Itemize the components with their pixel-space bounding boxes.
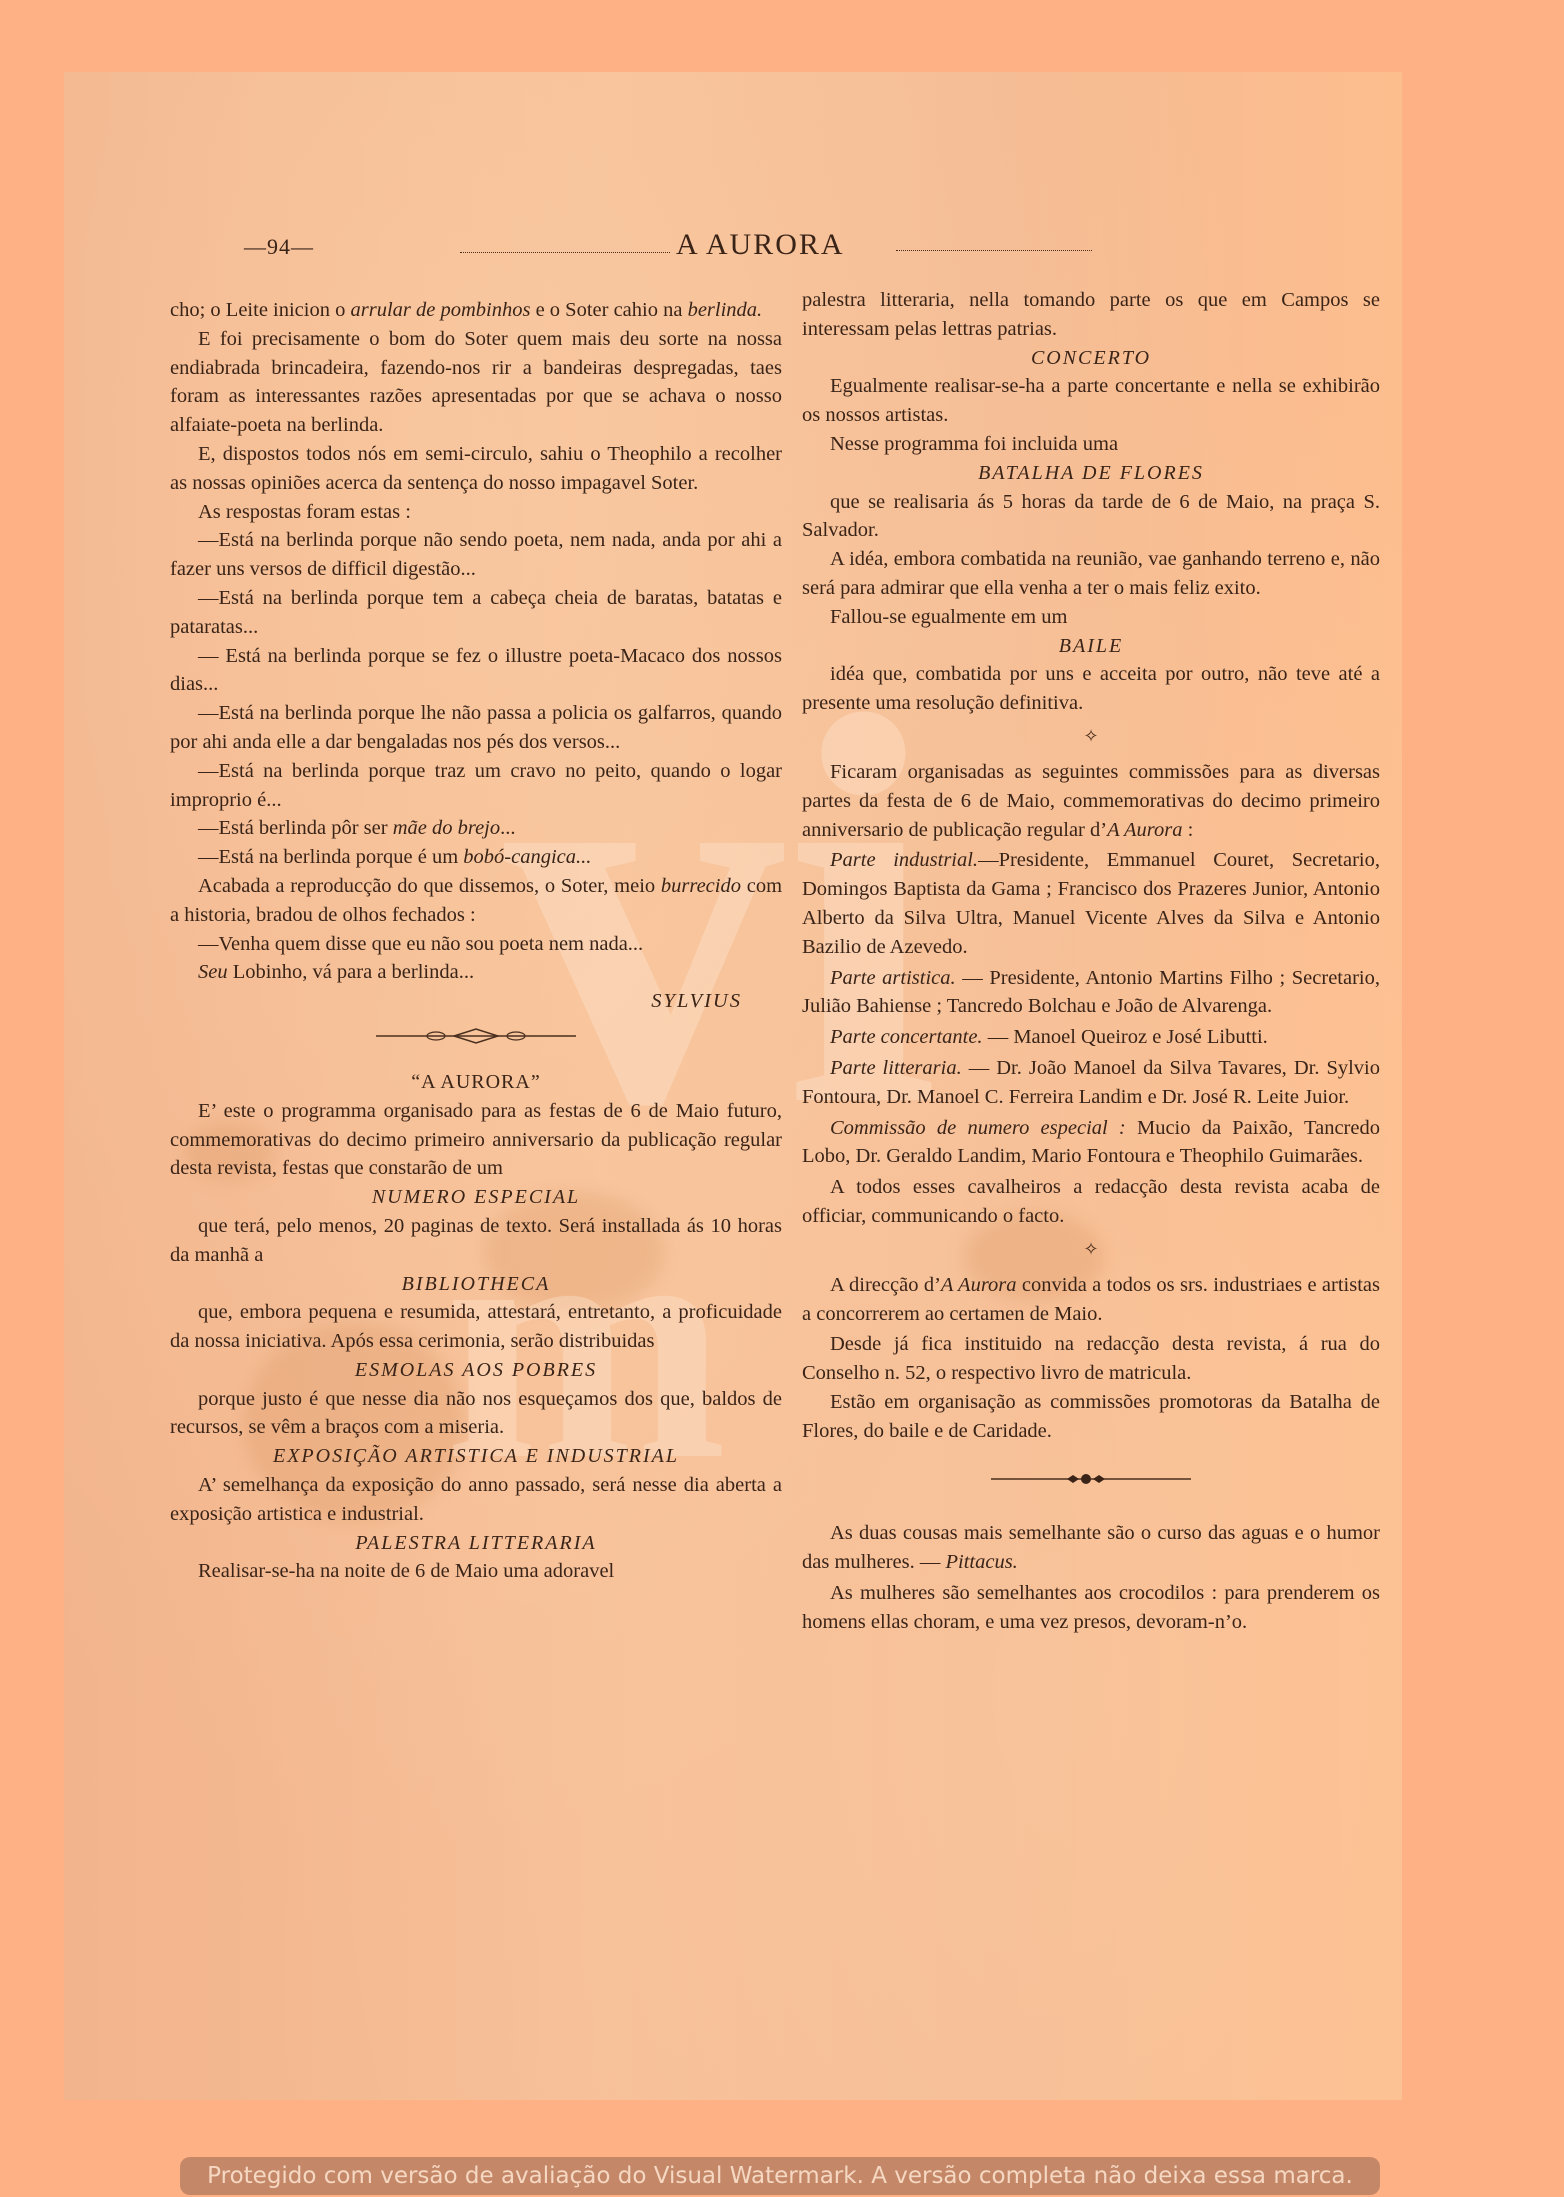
italic-text: burrecido xyxy=(661,875,741,897)
paragraph: —Está na berlinda porque lhe não passa a… xyxy=(170,699,782,757)
text-run: ; o Leite inicion o xyxy=(200,299,351,321)
diamond-ornament-icon: ✧ xyxy=(802,1235,1380,1263)
page-header: —94— A AURORA xyxy=(170,228,1090,268)
diamond-ornament-icon: ✧ xyxy=(802,722,1380,750)
italic-text: A Aurora xyxy=(941,1274,1017,1296)
paragraph: —Está na berlinda porque não sendo poeta… xyxy=(170,526,782,584)
watermark-notice: Protegido com versão de avaliação do Vis… xyxy=(180,2157,1380,2195)
italic-text: Parte artistica. xyxy=(830,967,956,989)
italic-text: Pittacus. xyxy=(945,1551,1017,1573)
paragraph: que terá, pelo menos, 20 paginas de text… xyxy=(170,1212,782,1270)
italic-text: bobó-cangica... xyxy=(463,846,591,868)
paragraph: Parte industrial.—Presidente, Emmanuel C… xyxy=(802,846,1380,961)
text-run: As duas cousas mais semelhante são o cur… xyxy=(802,1522,1380,1573)
paragraph: As duas cousas mais semelhante são o cur… xyxy=(802,1519,1380,1577)
page-number: —94— xyxy=(244,234,314,260)
paragraph: —Está na berlinda porque é um bobó-cangi… xyxy=(170,843,782,872)
paragraph: E, dispostos todos nós em semi-circulo, … xyxy=(170,440,782,498)
italic-text: Parte litteraria. xyxy=(830,1057,962,1079)
paragraph: —Venha quem disse que eu não sou poeta n… xyxy=(170,930,782,959)
paragraph: —Está na berlinda porque traz um cravo n… xyxy=(170,757,782,815)
paragraph: Egualmente realisar-se-ha a parte concer… xyxy=(802,372,1380,430)
program-heading: CONCERTO xyxy=(802,344,1380,373)
paragraph: Realisar-se-ha na noite de 6 de Maio uma… xyxy=(170,1557,782,1586)
paragraph: Desde já fica instituido na redacção des… xyxy=(802,1330,1380,1388)
italic-text: Commissão de numero especial : xyxy=(830,1117,1126,1139)
text-run: —Está berlinda pôr ser xyxy=(198,817,393,839)
paragraph: Seu Lobinho, vá para a berlinda... xyxy=(170,958,782,987)
paragraph: As respostas foram estas : xyxy=(170,498,782,527)
author-signature: SYLVIUS xyxy=(170,987,782,1016)
paragraph: A idéa, embora combatida na reunião, vae… xyxy=(802,545,1380,603)
left-column: cho; o Leite inicion o arrular de pombin… xyxy=(170,296,782,1586)
italic-text: arrular de pombinhos xyxy=(350,299,530,321)
program-heading: EXPOSIÇÃO ARTISTICA E INDUSTRIAL xyxy=(170,1442,782,1471)
text-run: e o Soter cahio na xyxy=(530,299,687,321)
paragraph: Acabada a reproducção do que dissemos, o… xyxy=(170,872,782,930)
text-run: Acabada a reproducção do que dissemos, o… xyxy=(198,875,661,897)
text-run: A direcção d’ xyxy=(830,1274,941,1296)
paragraph: E’ este o programma organisado para as f… xyxy=(170,1097,782,1183)
paragraph: cho; o Leite inicion o arrular de pombin… xyxy=(170,296,782,325)
paragraph: Estão em organisação as commissões promo… xyxy=(802,1388,1380,1446)
paragraph: Ficaram organisadas as seguintes commiss… xyxy=(802,758,1380,844)
divider-ornament-icon xyxy=(981,1469,1201,1489)
text-run: —Está na berlinda porque é um xyxy=(198,846,463,868)
text-run: cho xyxy=(170,299,200,321)
section-title: “A AURORA” xyxy=(170,1068,782,1097)
paragraph: A’ semelhança da exposição do anno passa… xyxy=(170,1471,782,1529)
text-run: — Manoel Queiroz e José Libutti. xyxy=(983,1026,1268,1048)
section-divider-ornament xyxy=(802,1459,1380,1499)
italic-text: Parte industrial. xyxy=(830,849,978,871)
program-heading: BIBLIOTHECA xyxy=(170,1270,782,1299)
program-heading: NUMERO ESPECIAL xyxy=(170,1183,782,1212)
text-run: Ficaram organisadas as seguintes commiss… xyxy=(802,761,1380,841)
header-rule xyxy=(460,252,670,253)
paragraph: porque justo é que nesse dia não nos esq… xyxy=(170,1385,782,1443)
text-run: ... xyxy=(500,817,515,839)
header-rule xyxy=(896,250,1092,251)
paragraph: A todos esses cavalheiros a redacção des… xyxy=(802,1173,1380,1231)
paragraph: Fallou-se egualmente em um xyxy=(802,603,1380,632)
paragraph: Nesse programma foi incluida uma xyxy=(802,430,1380,459)
paragraph: —Está na berlinda porque tem a cabeça ch… xyxy=(170,584,782,642)
text-run: : xyxy=(1182,819,1193,841)
paragraph: —Está berlinda pôr ser mãe do brejo... xyxy=(170,814,782,843)
paragraph: Parte litteraria. — Dr. João Manoel da S… xyxy=(802,1054,1380,1112)
paragraph: que se realisaria ás 5 horas da tarde de… xyxy=(802,488,1380,546)
italic-text: Seu xyxy=(198,961,228,983)
paragraph: Parte concertante. — Manoel Queiroz e Jo… xyxy=(802,1023,1380,1052)
program-heading: ESMOLAS AOS POBRES xyxy=(170,1356,782,1385)
italic-text: A Aurora xyxy=(1107,819,1182,841)
journal-title: A AURORA xyxy=(676,228,845,262)
right-column: palestra litteraria, nella tomando parte… xyxy=(802,286,1380,1637)
program-heading: BATALHA DE FLORES xyxy=(802,459,1380,488)
paragraph: A direcção d’A Aurora convida a todos os… xyxy=(802,1271,1380,1329)
italic-text: berlinda. xyxy=(688,299,763,321)
italic-text: mãe do brejo xyxy=(393,817,500,839)
paragraph: palestra litteraria, nella tomando parte… xyxy=(802,286,1380,344)
italic-text: Parte concertante. xyxy=(830,1026,983,1048)
paragraph: que, embora pequena e resumida, attestar… xyxy=(170,1298,782,1356)
paragraph: idéa que, combatida por uns e acceita po… xyxy=(802,660,1380,718)
program-heading: PALESTRA LITTERARIA xyxy=(170,1529,782,1558)
section-divider-ornament xyxy=(170,1016,782,1056)
paragraph: As mulheres são semelhantes aos crocodil… xyxy=(802,1579,1380,1637)
paragraph: Parte artistica. — Presidente, Antonio M… xyxy=(802,964,1380,1022)
program-heading: BAILE xyxy=(802,632,1380,661)
paragraph: E foi precisamente o bom do Soter quem m… xyxy=(170,325,782,440)
paragraph: Commissão de numero especial : Mucio da … xyxy=(802,1114,1380,1172)
text-run: Lobinho, vá para a berlinda... xyxy=(228,961,474,983)
divider-ornament-icon xyxy=(366,1026,586,1046)
paragraph: — Está na berlinda porque se fez o illus… xyxy=(170,642,782,700)
